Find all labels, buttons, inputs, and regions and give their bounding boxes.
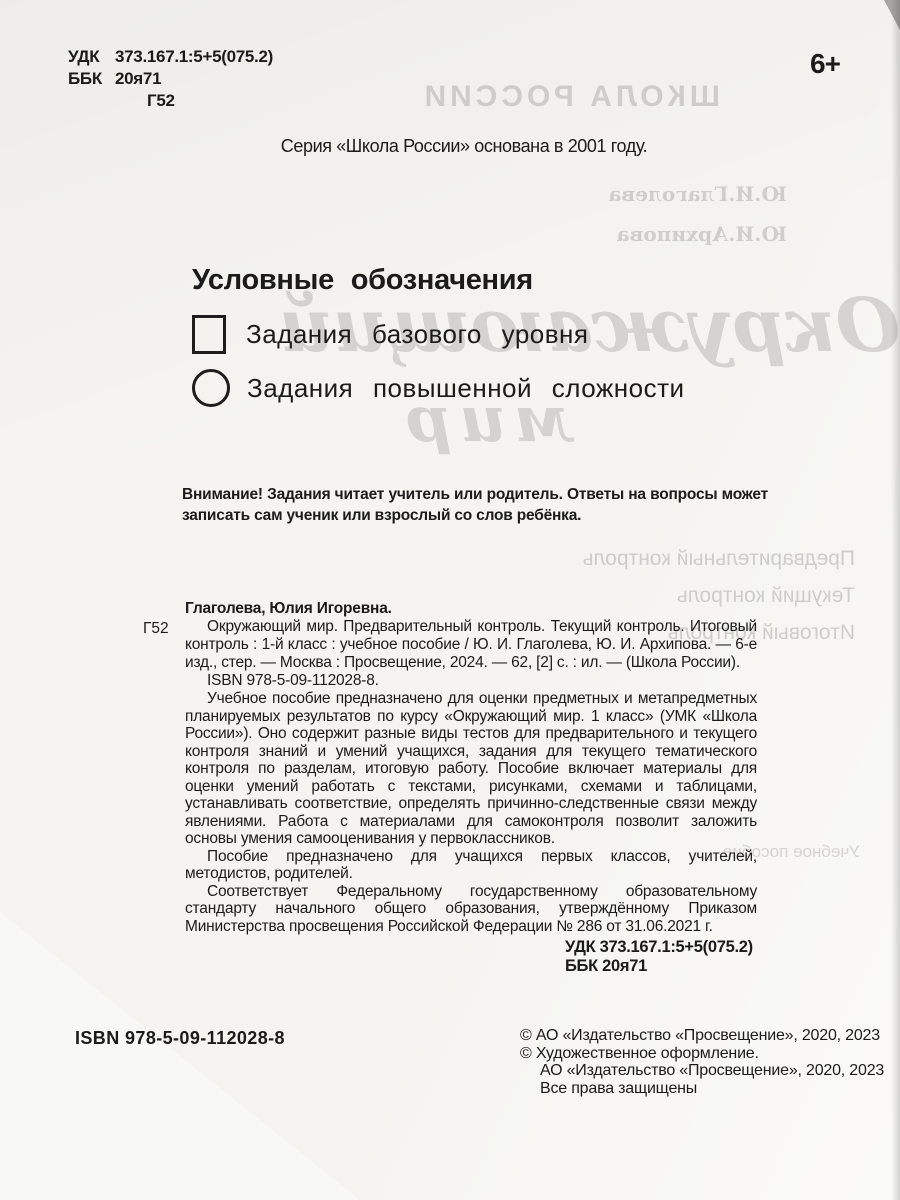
scan-corner-shadow bbox=[884, 0, 900, 30]
ghost-series-title: ШКОЛА РОССИИ bbox=[385, 80, 720, 114]
udk-footer-value: УДК 373.167.1:5+5(075.2) bbox=[565, 938, 757, 957]
card-code-top: Г52 bbox=[68, 90, 273, 112]
series-note: Серия «Школа России» основана в 2001 год… bbox=[0, 136, 900, 157]
advanced-level-circle-icon bbox=[192, 369, 230, 407]
attention-note: Внимание! Задания читает учитель или род… bbox=[182, 484, 768, 526]
annotation-paragraph: Пособие предназначено для учащихся первы… bbox=[185, 848, 757, 883]
bbk-label: ББК bbox=[68, 68, 115, 90]
footer-isbn: ISBN 978-5-09-112028-8 bbox=[75, 1028, 285, 1049]
copyright-block: © АО «Издательство «Просвещение», 2020, … bbox=[520, 1027, 880, 1097]
copyright-line: © Художественное оформление. bbox=[520, 1045, 880, 1063]
ghost-subtitle-line: Предварительный контроль bbox=[420, 540, 855, 577]
legend-item-base-level: Задания базового уровня bbox=[192, 312, 589, 356]
ghost-author-2: Ю.И.Архипова bbox=[572, 222, 787, 246]
annotation-paragraph: Соответствует Федеральному государственн… bbox=[185, 883, 757, 936]
card-code: Г52 bbox=[143, 620, 169, 638]
bbk-footer-value: ББК 20я71 bbox=[565, 957, 757, 976]
annotation-block: Учебное пособие предназначено для оценки… bbox=[185, 690, 757, 935]
ghost-author-1: Ю.И.Глаголева bbox=[572, 182, 787, 206]
bbk-row: ББК 20я71 bbox=[68, 68, 273, 90]
base-level-square-icon bbox=[192, 315, 226, 354]
annotation-paragraph: Учебное пособие предназначено для оценки… bbox=[185, 690, 757, 848]
bbk-value: 20я71 bbox=[115, 68, 161, 90]
copyright-line: © АО «Издательство «Просвещение», 2020, … bbox=[520, 1027, 880, 1045]
age-rating-badge: 6+ bbox=[810, 48, 840, 80]
legend-item-label: Задания повышенной сложности bbox=[247, 373, 685, 404]
bibliographic-description: Окружающий мир. Предварительный контроль… bbox=[185, 618, 757, 672]
udk-label: УДК bbox=[68, 46, 115, 68]
copyright-line: Все права защищены bbox=[520, 1080, 880, 1098]
udk-row: УДК 373.167.1:5+5(075.2) bbox=[68, 46, 273, 68]
legend-item-label: Задания базового уровня bbox=[246, 319, 589, 350]
udk-value: 373.167.1:5+5(075.2) bbox=[115, 46, 273, 68]
classification-codes: УДК 373.167.1:5+5(075.2) ББК 20я71 Г52 bbox=[68, 46, 273, 112]
legend-heading: Условные обозначения bbox=[192, 264, 533, 297]
copyright-line: АО «Издательство «Просвещение», 2020, 20… bbox=[520, 1062, 880, 1080]
book-imprint-page: ШКОЛА РОССИИ Ю.И.Глаголева Ю.И.Архипова … bbox=[0, 0, 900, 1200]
card-author-heading: Глаголева, Юлия Игоревна. bbox=[185, 600, 757, 618]
legend-item-advanced-level: Задания повышенной сложности bbox=[192, 366, 685, 410]
card-isbn: ISBN 978-5-09-112028-8. bbox=[185, 672, 757, 690]
catalog-card: Глаголева, Юлия Игоревна. Окружающий мир… bbox=[185, 600, 757, 976]
classification-codes-footer: УДК 373.167.1:5+5(075.2) ББК 20я71 bbox=[565, 938, 757, 976]
